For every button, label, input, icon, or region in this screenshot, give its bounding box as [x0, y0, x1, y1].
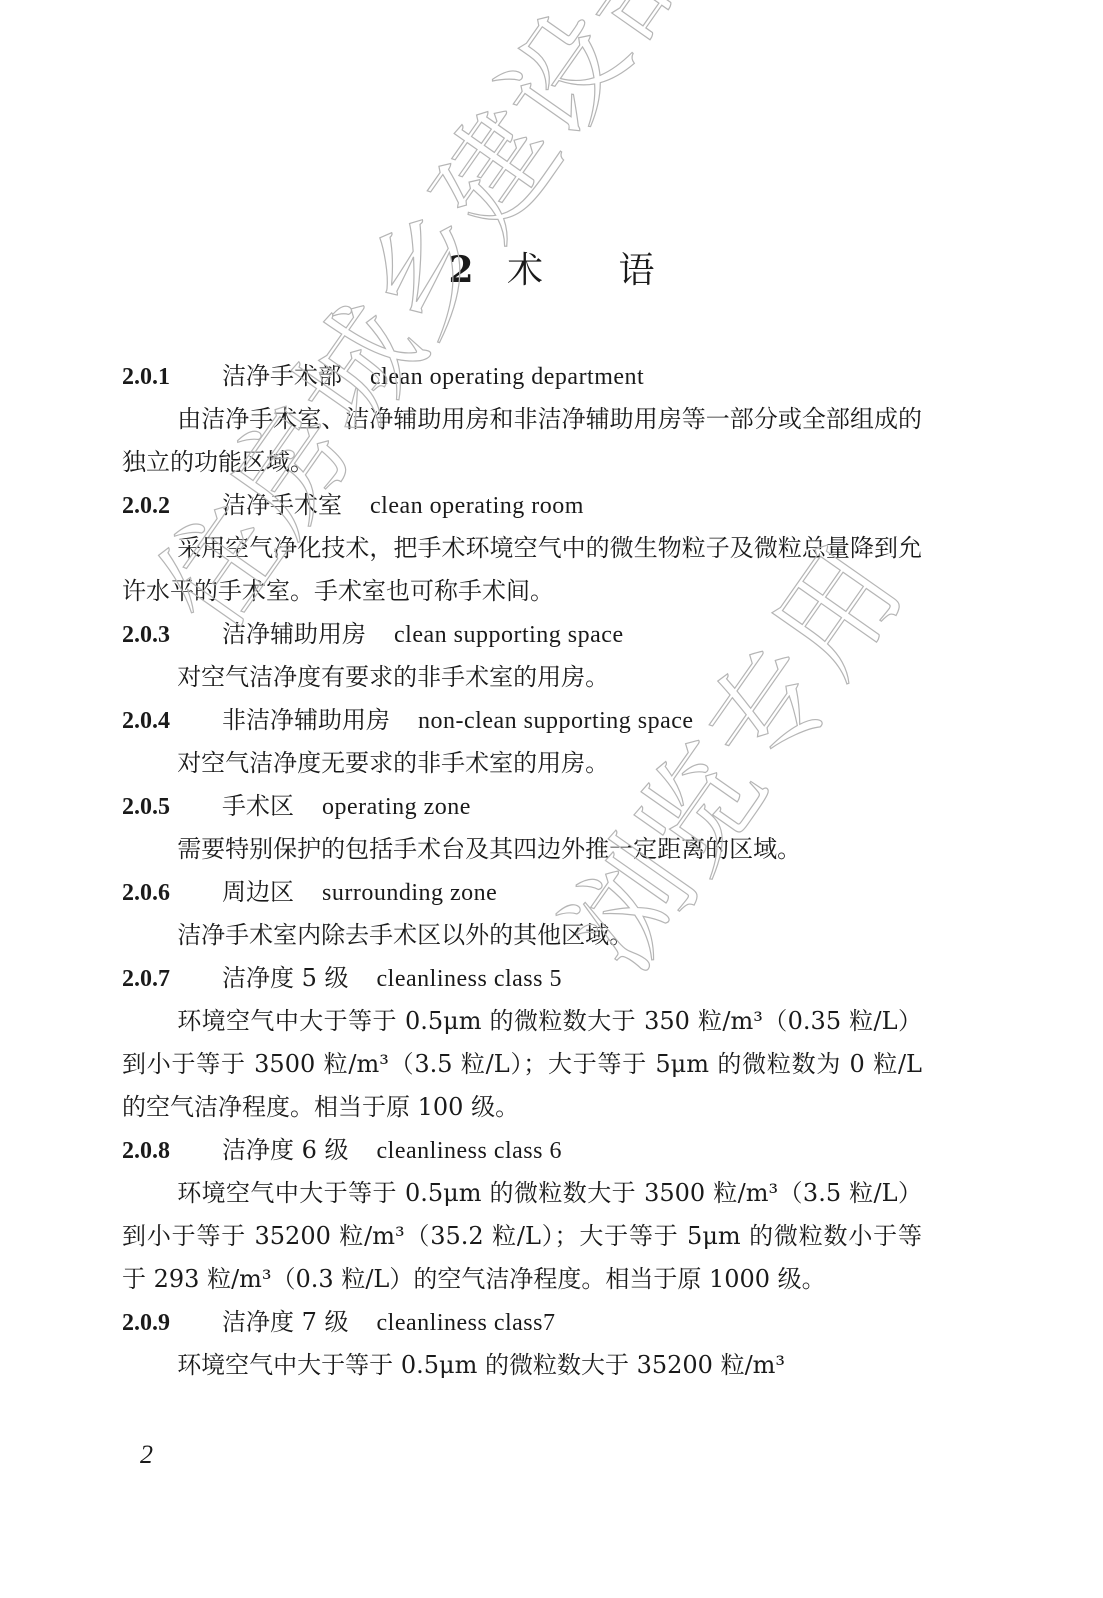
term-english: cleanliness class 5 — [377, 966, 562, 992]
term-definition: 对空气洁净度有要求的非手术室的用房。 — [122, 656, 922, 699]
term-chinese: 周边区 — [222, 871, 294, 914]
term-entry: 2.0.2洁净手术室clean operating room 采用空气净化技术，… — [122, 484, 922, 613]
chapter-title-char-1: 术 — [507, 250, 543, 291]
term-chinese: 洁净手术部 — [222, 355, 342, 398]
term-chinese: 洁净度 5 级 — [222, 957, 349, 1000]
term-entry: 2.0.9洁净度 7 级cleanliness class7 环境空气中大于等于… — [122, 1301, 922, 1387]
term-definition: 洁净手术室内除去手术区以外的其他区域。 — [122, 914, 922, 957]
chapter-number: 2 — [449, 249, 474, 291]
term-entry: 2.0.8洁净度 6 级cleanliness class 6 环境空气中大于等… — [122, 1129, 922, 1301]
chapter-title-char-2: 语 — [618, 250, 654, 291]
term-heading: 2.0.6周边区surrounding zone — [122, 871, 922, 914]
term-chinese: 洁净辅助用房 — [222, 613, 366, 656]
chapter-title: 2 术 语 — [0, 240, 1103, 301]
page-number: 2 — [140, 1440, 153, 1470]
term-code: 2.0.4 — [122, 700, 222, 743]
term-code: 2.0.9 — [122, 1302, 222, 1345]
term-definition: 环境空气中大于等于 0.5μm 的微粒数大于 35200 粒/m³ — [122, 1344, 922, 1387]
term-code: 2.0.2 — [122, 485, 222, 528]
term-chinese: 手术区 — [222, 785, 294, 828]
term-english: cleanliness class7 — [377, 1310, 556, 1336]
term-english: clean operating room — [370, 493, 584, 519]
term-entry: 2.0.6周边区surrounding zone 洁净手术室内除去手术区以外的其… — [122, 871, 922, 957]
term-definition: 环境空气中大于等于 0.5μm 的微粒数大于 350 粒/m³（0.35 粒/L… — [122, 1000, 922, 1129]
term-definition: 采用空气净化技术，把手术环境空气中的微生物粒子及微粒总量降到允许水平的手术室。手… — [122, 527, 922, 613]
term-entry: 2.0.5手术区operating zone 需要特别保护的包括手术台及其四边外… — [122, 785, 922, 871]
term-english: clean supporting space — [394, 622, 624, 648]
term-chinese: 洁净度 6 级 — [222, 1129, 349, 1172]
term-definition: 由洁净手术室、洁净辅助用房和非洁净辅助用房等一部分或全部组成的独立的功能区域。 — [122, 398, 922, 484]
term-code: 2.0.7 — [122, 958, 222, 1001]
term-entry: 2.0.4非洁净辅助用房non-clean supporting space 对… — [122, 699, 922, 785]
term-heading: 2.0.8洁净度 6 级cleanliness class 6 — [122, 1129, 922, 1172]
term-definition: 需要特别保护的包括手术台及其四边外推一定距离的区域。 — [122, 828, 922, 871]
term-code: 2.0.5 — [122, 786, 222, 829]
term-code: 2.0.1 — [122, 356, 222, 399]
term-entry: 2.0.3洁净辅助用房clean supporting space 对空气洁净度… — [122, 613, 922, 699]
term-english: surrounding zone — [322, 880, 497, 906]
term-heading: 2.0.5手术区operating zone — [122, 785, 922, 828]
term-definition: 对空气洁净度无要求的非手术室的用房。 — [122, 742, 922, 785]
term-english: non-clean supporting space — [418, 708, 694, 734]
term-heading: 2.0.1洁净手术部clean operating department — [122, 355, 922, 398]
term-chinese: 洁净手术室 — [222, 484, 342, 527]
term-heading: 2.0.9洁净度 7 级cleanliness class7 — [122, 1301, 922, 1344]
term-entry: 2.0.1洁净手术部clean operating department 由洁净… — [122, 355, 922, 484]
term-chinese: 洁净度 7 级 — [222, 1301, 349, 1344]
term-entry: 2.0.7洁净度 5 级cleanliness class 5 环境空气中大于等… — [122, 957, 922, 1129]
term-english: cleanliness class 6 — [377, 1138, 562, 1164]
term-english: operating zone — [322, 794, 471, 820]
term-heading: 2.0.3洁净辅助用房clean supporting space — [122, 613, 922, 656]
term-heading: 2.0.4非洁净辅助用房non-clean supporting space — [122, 699, 922, 742]
term-chinese: 非洁净辅助用房 — [222, 699, 390, 742]
term-heading: 2.0.7洁净度 5 级cleanliness class 5 — [122, 957, 922, 1000]
document-page: 2 术 语 2.0.1洁净手术部clean operating departme… — [0, 0, 1103, 1598]
terms-list: 2.0.1洁净手术部clean operating department 由洁净… — [122, 355, 922, 1387]
term-code: 2.0.8 — [122, 1130, 222, 1173]
term-code: 2.0.6 — [122, 872, 222, 915]
term-definition: 环境空气中大于等于 0.5μm 的微粒数大于 3500 粒/m³（3.5 粒/L… — [122, 1172, 922, 1301]
term-english: clean operating department — [370, 364, 644, 390]
term-code: 2.0.3 — [122, 614, 222, 657]
term-heading: 2.0.2洁净手术室clean operating room — [122, 484, 922, 527]
